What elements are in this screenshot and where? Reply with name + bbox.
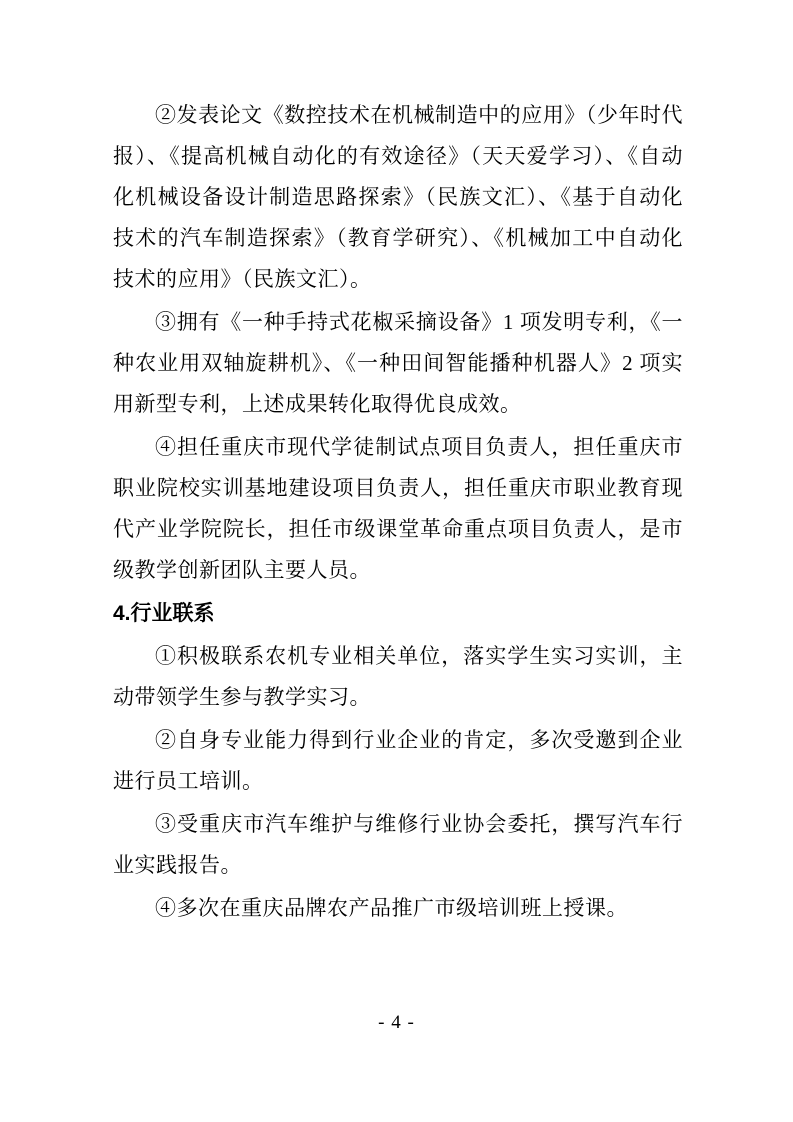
section-heading-industry-contact: 4.行业联系 xyxy=(113,593,683,634)
paragraph-industry-item-3: ③受重庆市汽车维护与维修行业协会委托，撰写汽车行业实践报告。 xyxy=(113,804,683,886)
paragraph-industry-item-4: ④多次在重庆品牌农产品推广市级培训班上授课。 xyxy=(113,888,683,929)
paragraph-publications: ②发表论文《数控技术在机械制造中的应用》（少年时代报）、《提高机械自动化的有效途… xyxy=(113,95,683,300)
document-page: ②发表论文《数控技术在机械制造中的应用》（少年时代报）、《提高机械自动化的有效途… xyxy=(0,0,793,1122)
page-number: - 4 - xyxy=(0,1008,793,1038)
paragraph-patents: ③拥有《一种手持式花椒采摘设备》1 项发明专利，《一种农业用双轴旋耕机》、《一种… xyxy=(113,302,683,425)
paragraph-industry-item-1: ①积极联系农机专业相关单位，落实学生实习实训，主动带领学生参与教学实习。 xyxy=(113,636,683,718)
paragraph-project-roles: ④担任重庆市现代学徒制试点项目负责人，担任重庆市职业院校实训基地建设项目负责人，… xyxy=(113,427,683,591)
paragraph-industry-item-2: ②自身专业能力得到行业企业的肯定，多次受邀到企业进行员工培训。 xyxy=(113,720,683,802)
